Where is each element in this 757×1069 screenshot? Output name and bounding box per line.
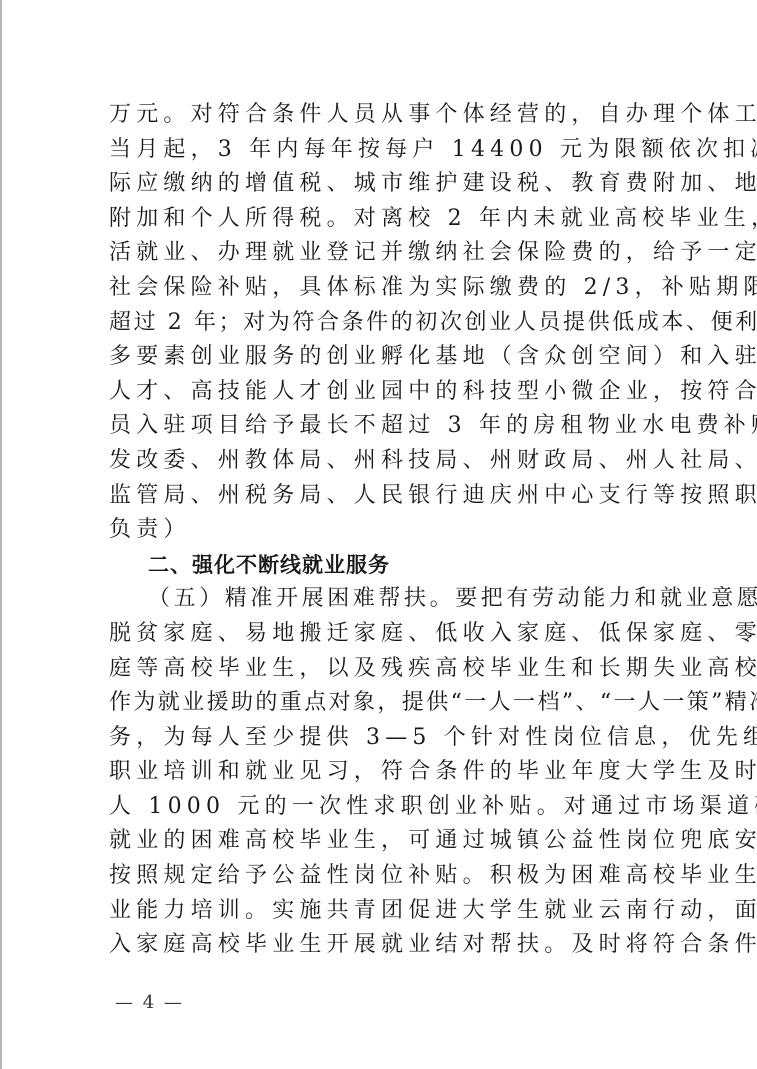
body-line: 发改委、州教体局、州科技局、州财政局、州人社局、州市场 (109, 444, 649, 479)
body-line: 负责） (109, 513, 649, 548)
body-line: 人才、高技能人才创业园中的科技型小微企业，按符合条件人 (109, 375, 649, 410)
body-line: 员入驻项目给予最长不超过 3 年的房租物业水电费补贴。（州 (109, 409, 649, 444)
body-line: 监管局、州税务局、人民银行迪庆州中心支行等按照职责分工 (109, 479, 649, 514)
body-line: 业能力培训。实施共青团促进大学生就业云南行动，面向低收 (109, 894, 649, 929)
body-line: 务，为每人至少提供 3—5 个针对性岗位信息，优先组织参加 (109, 721, 649, 756)
body-line: 脱贫家庭、易地搬迁家庭、低收入家庭、低保家庭、零就业家 (109, 617, 649, 652)
body-line: 入家庭高校毕业生开展就业结对帮扶。及时将符合条件的高校 (109, 928, 649, 963)
body-line: 万元。对符合条件人员从事个体经营的，自办理个体工商登记 (109, 98, 649, 133)
document-body: 万元。对符合条件人员从事个体经营的，自办理个体工商登记 当月起，3 年内每年按每… (109, 98, 649, 963)
body-line: 按照规定给予公益性岗位补贴。积极为困难高校毕业生开展就 (109, 859, 649, 894)
page-number: — 4 — (115, 992, 184, 1013)
body-line: 作为就业援助的重点对象，提供“一人一档”、“一人一策”精准服 (109, 686, 649, 721)
body-line: 际应缴纳的增值税、城市维护建设税、教育费附加、地方教育 (109, 167, 649, 202)
body-line: 就业的困难高校毕业生，可通过城镇公益性岗位兜底安置，并 (109, 824, 649, 859)
body-line: 职业培训和就业见习，符合条件的毕业年度大学生及时兑现每 (109, 755, 649, 790)
subsection-title: （五）精准开展困难帮扶。 (148, 586, 455, 611)
subsection-first-line: （五）精准开展困难帮扶。要把有劳动能力和就业意愿的 (109, 582, 649, 617)
body-line: 超过 2 年；对为符合条件的初次创业人员提供低成本、便利化、 (109, 306, 649, 341)
body-line: 当月起，3 年内每年按每户 14400 元为限额依次扣减其当年实 (109, 133, 649, 168)
page-edge (0, 0, 2, 1069)
subsection-first-line-rest: 要把有劳动能力和就业意愿的 (455, 586, 757, 611)
body-line: 活就业、办理就业登记并缴纳社会保险费的，给予一定数额的 (109, 236, 649, 271)
section-heading: 二、强化不断线就业服务 (109, 548, 649, 583)
body-line: 多要素创业服务的创业孵化基地（含众创空间）和入驻高层次 (109, 340, 649, 375)
body-line: 人 1000 元的一次性求职创业补贴。对通过市场渠道确实难以 (109, 790, 649, 825)
body-line: 附加和个人所得税。对离校 2 年内未就业高校毕业生，申报灵 (109, 202, 649, 237)
body-line: 庭等高校毕业生，以及残疾高校毕业生和长期失业高校毕业生 (109, 652, 649, 687)
body-line: 社会保险补贴，具体标准为实际缴费的 2/3，补贴期限最长不 (109, 271, 649, 306)
